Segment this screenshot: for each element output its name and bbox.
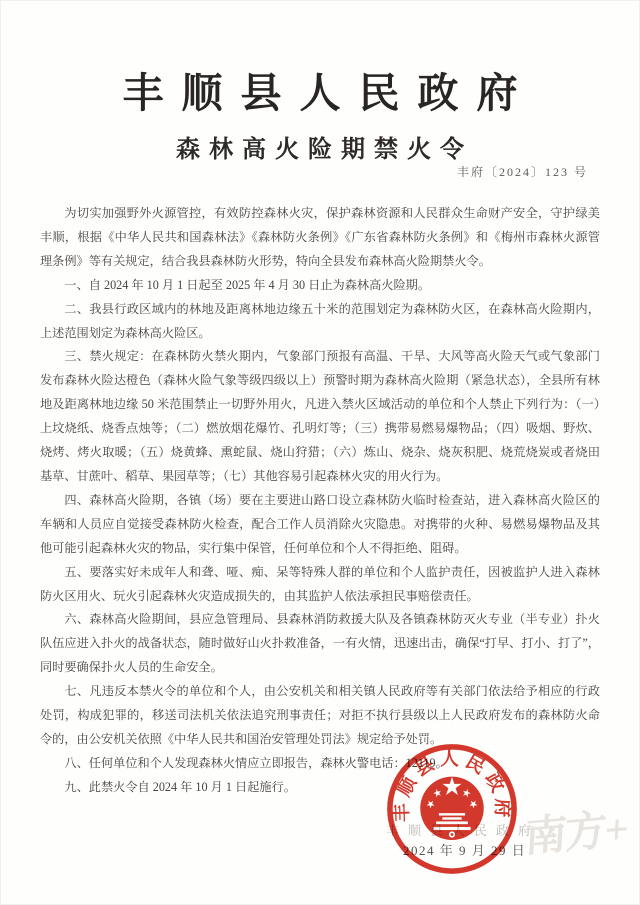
- paragraph-item-2: 二、我县行政区域内的林地及距离林地边缘五十米的范围划定为森林防火区，在森林高火险…: [40, 298, 600, 346]
- paragraph-item-5: 五、要落实好未成年人和聋、哑、痴、呆等特殊人群的单位和个人监护责任，因被监护人进…: [40, 561, 600, 609]
- paragraph-item-4: 四、森林高火险期，各镇（场）要在主要进山路口设立森林防火临时检查站，进入森林高火…: [40, 489, 600, 561]
- paragraph-item-6: 六、森林高火险期间，县应急管理局、县森林消防救援大队及各镇森林防灭火专业（半专业…: [40, 608, 600, 680]
- document-page: 丰顺县人民政府 森林高火险期禁火令 丰府〔2024〕123 号 为切实加强野外火…: [0, 0, 640, 905]
- paragraph-item-1: 一、自 2024 年 10 月 1 日起至 2025 年 4 月 30 日止为森…: [40, 274, 600, 298]
- nanfang-plus-watermark: 南方+: [524, 795, 629, 864]
- document-title: 丰顺县人民政府: [0, 60, 640, 119]
- document-subtitle: 森林高火险期禁火令: [0, 129, 640, 164]
- national-emblem-icon: [420, 777, 483, 840]
- document-body: 为切实加强野外火源管控，有效防控森林火灾，保护森林资源和人民群众生命财产安全，守…: [40, 202, 600, 800]
- official-seal: 丰顺县人民政府: [383, 740, 521, 878]
- paragraph-item-3: 三、禁火规定：在森林防火禁火期内，气象部门预报有高温、干旱、大风等高火险天气或气…: [40, 345, 600, 488]
- document-number: 丰府〔2024〕123 号: [457, 163, 588, 180]
- paragraph-intro: 为切实加强野外火源管控，有效防控森林火灾，保护森林资源和人民群众生命财产安全，守…: [40, 202, 600, 274]
